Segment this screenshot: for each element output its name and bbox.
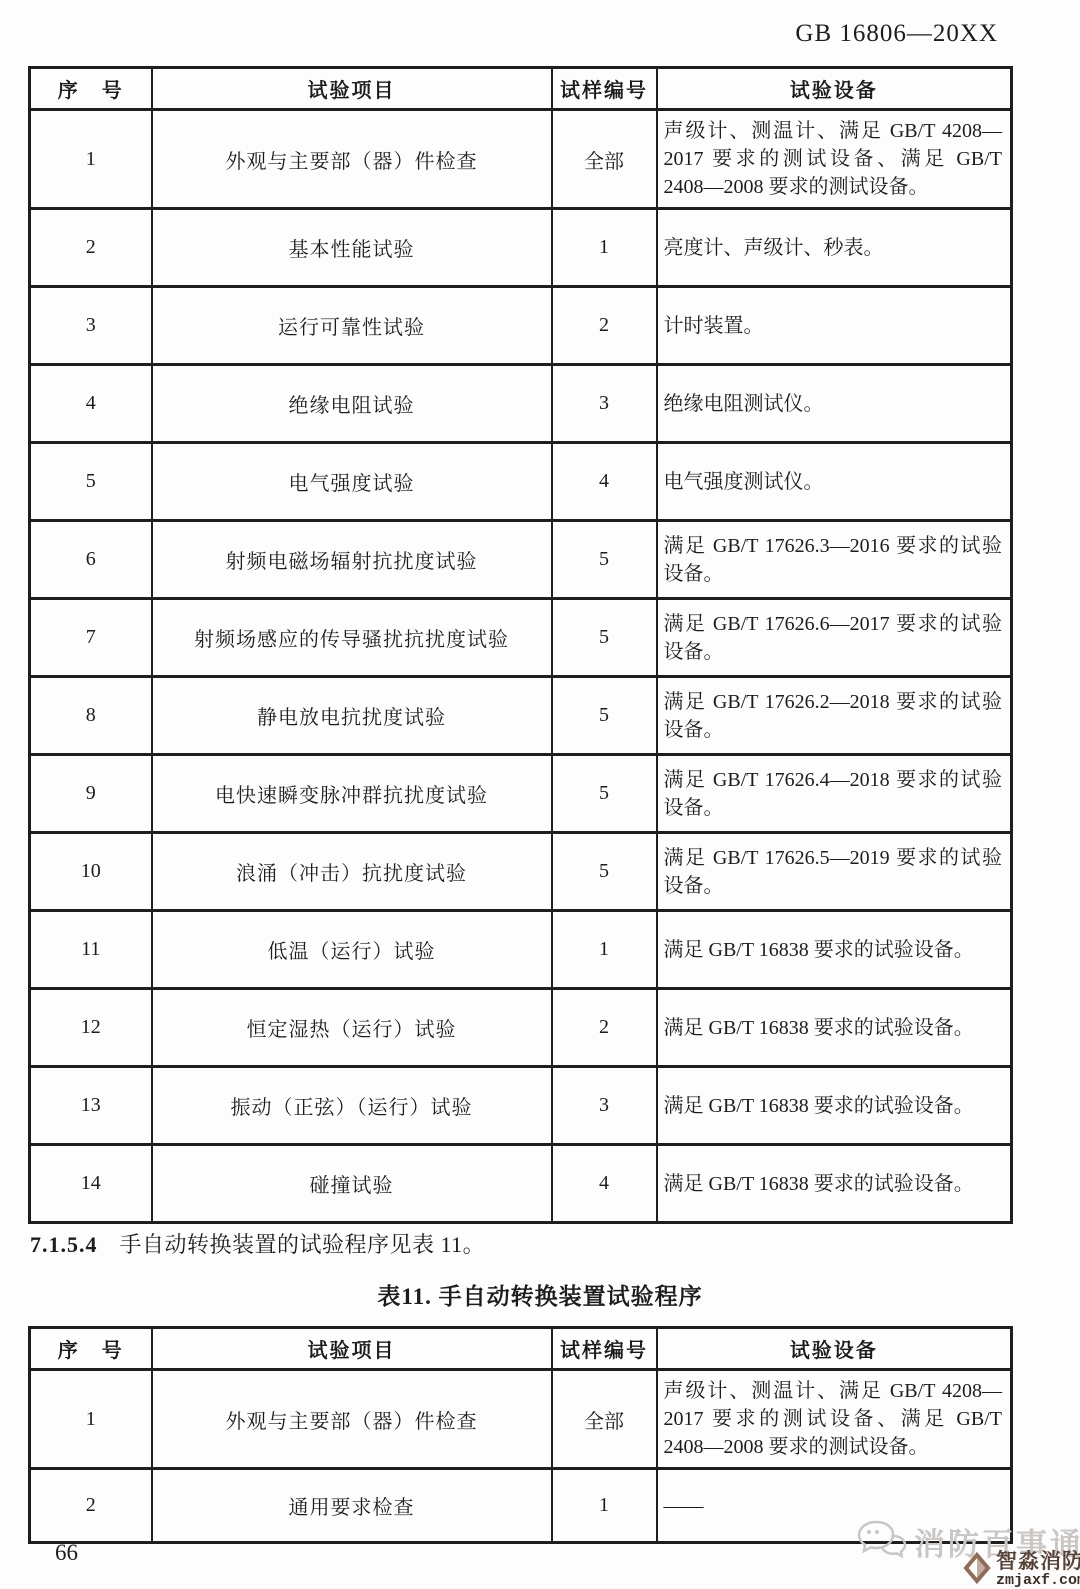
cell-item: 运行可靠性试验	[152, 287, 552, 365]
standard-code: GB 16806—20XX	[795, 20, 998, 48]
cell-no: 12	[30, 989, 152, 1067]
cell-equipment: 满足 GB/T 17626.3—2016 要求的试验设备。	[657, 521, 1012, 599]
table-row: 2 通用要求检查 1 ——	[30, 1469, 1012, 1543]
cell-equipment: 电气强度测试仪。	[657, 443, 1012, 521]
col-header-item: 试验项目	[152, 68, 552, 110]
col-header-equipment: 试验设备	[657, 1328, 1012, 1370]
cell-item: 外观与主要部（器）件检查	[152, 1370, 552, 1469]
cell-item: 碰撞试验	[152, 1145, 552, 1223]
cell-equipment: 满足 GB/T 17626.5—2019 要求的试验设备。	[657, 833, 1012, 911]
cell-no: 2	[30, 209, 152, 287]
cell-equipment: 满足 GB/T 16838 要求的试验设备。	[657, 989, 1012, 1067]
cell-item: 电快速瞬变脉冲群抗扰度试验	[152, 755, 552, 833]
cell-no: 5	[30, 443, 152, 521]
clause-7-1-5-4: 7.1.5.4手自动转换装置的试验程序见表 11。	[30, 1228, 485, 1259]
table-header-row: 序 号 试验项目 试样编号 试验设备	[30, 68, 1012, 110]
cell-sample: 3	[552, 1067, 657, 1145]
page-number: 66	[55, 1540, 78, 1566]
logo-name: 智淼消防	[996, 1549, 1080, 1573]
cell-no: 10	[30, 833, 152, 911]
cell-sample: 1	[552, 209, 657, 287]
cell-sample: 2	[552, 287, 657, 365]
table-row: 4 绝缘电阻试验 3 绝缘电阻测试仪。	[30, 365, 1012, 443]
cell-sample: 5	[552, 677, 657, 755]
cell-no: 8	[30, 677, 152, 755]
cell-item: 外观与主要部（器）件检查	[152, 110, 552, 209]
table-row: 2 基本性能试验 1 亮度计、声级计、秒表。	[30, 209, 1012, 287]
cell-item: 浪涌（冲击）抗扰度试验	[152, 833, 552, 911]
cell-equipment: 满足 GB/T 17626.6—2017 要求的试验设备。	[657, 599, 1012, 677]
cell-equipment: 计时装置。	[657, 287, 1012, 365]
table11-caption: 表11. 手自动转换装置试验程序	[0, 1278, 1080, 1311]
cell-item: 射频电磁场辐射抗扰度试验	[152, 521, 552, 599]
cell-no: 6	[30, 521, 152, 599]
cell-no: 11	[30, 911, 152, 989]
table-row: 1 外观与主要部（器）件检查 全部 声级计、测温计、满足 GB/T 4208—2…	[30, 110, 1012, 209]
col-header-no: 序 号	[30, 68, 152, 110]
cell-no: 13	[30, 1067, 152, 1145]
col-header-item: 试验项目	[152, 1328, 552, 1370]
table-row: 8 静电放电抗扰度试验 5 满足 GB/T 17626.2—2018 要求的试验…	[30, 677, 1012, 755]
cell-sample: 1	[552, 911, 657, 989]
diamond-logo-icon	[962, 1551, 992, 1589]
cell-no: 7	[30, 599, 152, 677]
cell-equipment: 满足 GB/T 16838 要求的试验设备。	[657, 911, 1012, 989]
cell-item: 通用要求检查	[152, 1469, 552, 1543]
table-row: 9 电快速瞬变脉冲群抗扰度试验 5 满足 GB/T 17626.4—2018 要…	[30, 755, 1012, 833]
col-header-no: 序 号	[30, 1328, 152, 1370]
cell-no: 1	[30, 1370, 152, 1469]
cell-no: 1	[30, 110, 152, 209]
cell-equipment: 满足 GB/T 17626.2—2018 要求的试验设备。	[657, 677, 1012, 755]
cell-sample: 1	[552, 1469, 657, 1543]
clause-text: 手自动转换装置的试验程序见表 11。	[120, 1232, 486, 1257]
cell-item: 静电放电抗扰度试验	[152, 677, 552, 755]
table-row: 1 外观与主要部（器）件检查 全部 声级计、测温计、满足 GB/T 4208—2…	[30, 1370, 1012, 1469]
document-page: GB 16806—20XX 序 号 试验项目 试样编号 试验设备 1 外观与主要…	[0, 0, 1080, 1589]
cell-equipment: 声级计、测温计、满足 GB/T 4208—2017 要求的测试设备、满足 GB/…	[657, 110, 1012, 209]
cell-equipment: ——	[657, 1469, 1012, 1543]
cell-sample: 5	[552, 521, 657, 599]
col-header-equipment: 试验设备	[657, 68, 1012, 110]
cell-no: 2	[30, 1469, 152, 1543]
cell-sample: 全部	[552, 110, 657, 209]
logo-site: zmjaxf.com	[996, 1572, 1080, 1589]
table-row: 3 运行可靠性试验 2 计时装置。	[30, 287, 1012, 365]
cell-equipment: 满足 GB/T 17626.4—2018 要求的试验设备。	[657, 755, 1012, 833]
clause-number: 7.1.5.4	[30, 1232, 98, 1257]
zhimiao-logo: 智淼消防 zmjaxf.com	[962, 1551, 1080, 1589]
cell-equipment: 满足 GB/T 16838 要求的试验设备。	[657, 1145, 1012, 1223]
table-row: 7 射频场感应的传导骚扰抗扰度试验 5 满足 GB/T 17626.6—2017…	[30, 599, 1012, 677]
cell-item: 绝缘电阻试验	[152, 365, 552, 443]
cell-sample: 4	[552, 443, 657, 521]
test-procedure-table: 序 号 试验项目 试样编号 试验设备 1 外观与主要部（器）件检查 全部 声级计…	[28, 66, 1013, 1224]
table-row: 5 电气强度试验 4 电气强度测试仪。	[30, 443, 1012, 521]
table-row: 12 恒定湿热（运行）试验 2 满足 GB/T 16838 要求的试验设备。	[30, 989, 1012, 1067]
cell-item: 低温（运行）试验	[152, 911, 552, 989]
cell-sample: 5	[552, 833, 657, 911]
cell-sample: 3	[552, 365, 657, 443]
cell-no: 14	[30, 1145, 152, 1223]
table-row: 6 射频电磁场辐射抗扰度试验 5 满足 GB/T 17626.3—2016 要求…	[30, 521, 1012, 599]
cell-equipment: 亮度计、声级计、秒表。	[657, 209, 1012, 287]
cell-item: 基本性能试验	[152, 209, 552, 287]
col-header-sample: 试样编号	[552, 68, 657, 110]
cell-no: 3	[30, 287, 152, 365]
cell-item: 恒定湿热（运行）试验	[152, 989, 552, 1067]
manual-auto-switch-table: 序 号 试验项目 试样编号 试验设备 1 外观与主要部（器）件检查 全部 声级计…	[28, 1326, 1013, 1544]
cell-item: 射频场感应的传导骚扰抗扰度试验	[152, 599, 552, 677]
cell-equipment: 满足 GB/T 16838 要求的试验设备。	[657, 1067, 1012, 1145]
cell-no: 9	[30, 755, 152, 833]
table-row: 10 浪涌（冲击）抗扰度试验 5 满足 GB/T 17626.5—2019 要求…	[30, 833, 1012, 911]
cell-equipment: 声级计、测温计、满足 GB/T 4208—2017 要求的测试设备、满足 GB/…	[657, 1370, 1012, 1469]
col-header-sample: 试样编号	[552, 1328, 657, 1370]
cell-item: 电气强度试验	[152, 443, 552, 521]
table-row: 11 低温（运行）试验 1 满足 GB/T 16838 要求的试验设备。	[30, 911, 1012, 989]
cell-sample: 5	[552, 755, 657, 833]
cell-no: 4	[30, 365, 152, 443]
cell-item: 振动（正弦）（运行）试验	[152, 1067, 552, 1145]
cell-sample: 5	[552, 599, 657, 677]
cell-equipment: 绝缘电阻测试仪。	[657, 365, 1012, 443]
cell-sample: 全部	[552, 1370, 657, 1469]
cell-sample: 2	[552, 989, 657, 1067]
table-row: 13 振动（正弦）（运行）试验 3 满足 GB/T 16838 要求的试验设备。	[30, 1067, 1012, 1145]
table-row: 14 碰撞试验 4 满足 GB/T 16838 要求的试验设备。	[30, 1145, 1012, 1223]
table-header-row: 序 号 试验项目 试样编号 试验设备	[30, 1328, 1012, 1370]
cell-sample: 4	[552, 1145, 657, 1223]
